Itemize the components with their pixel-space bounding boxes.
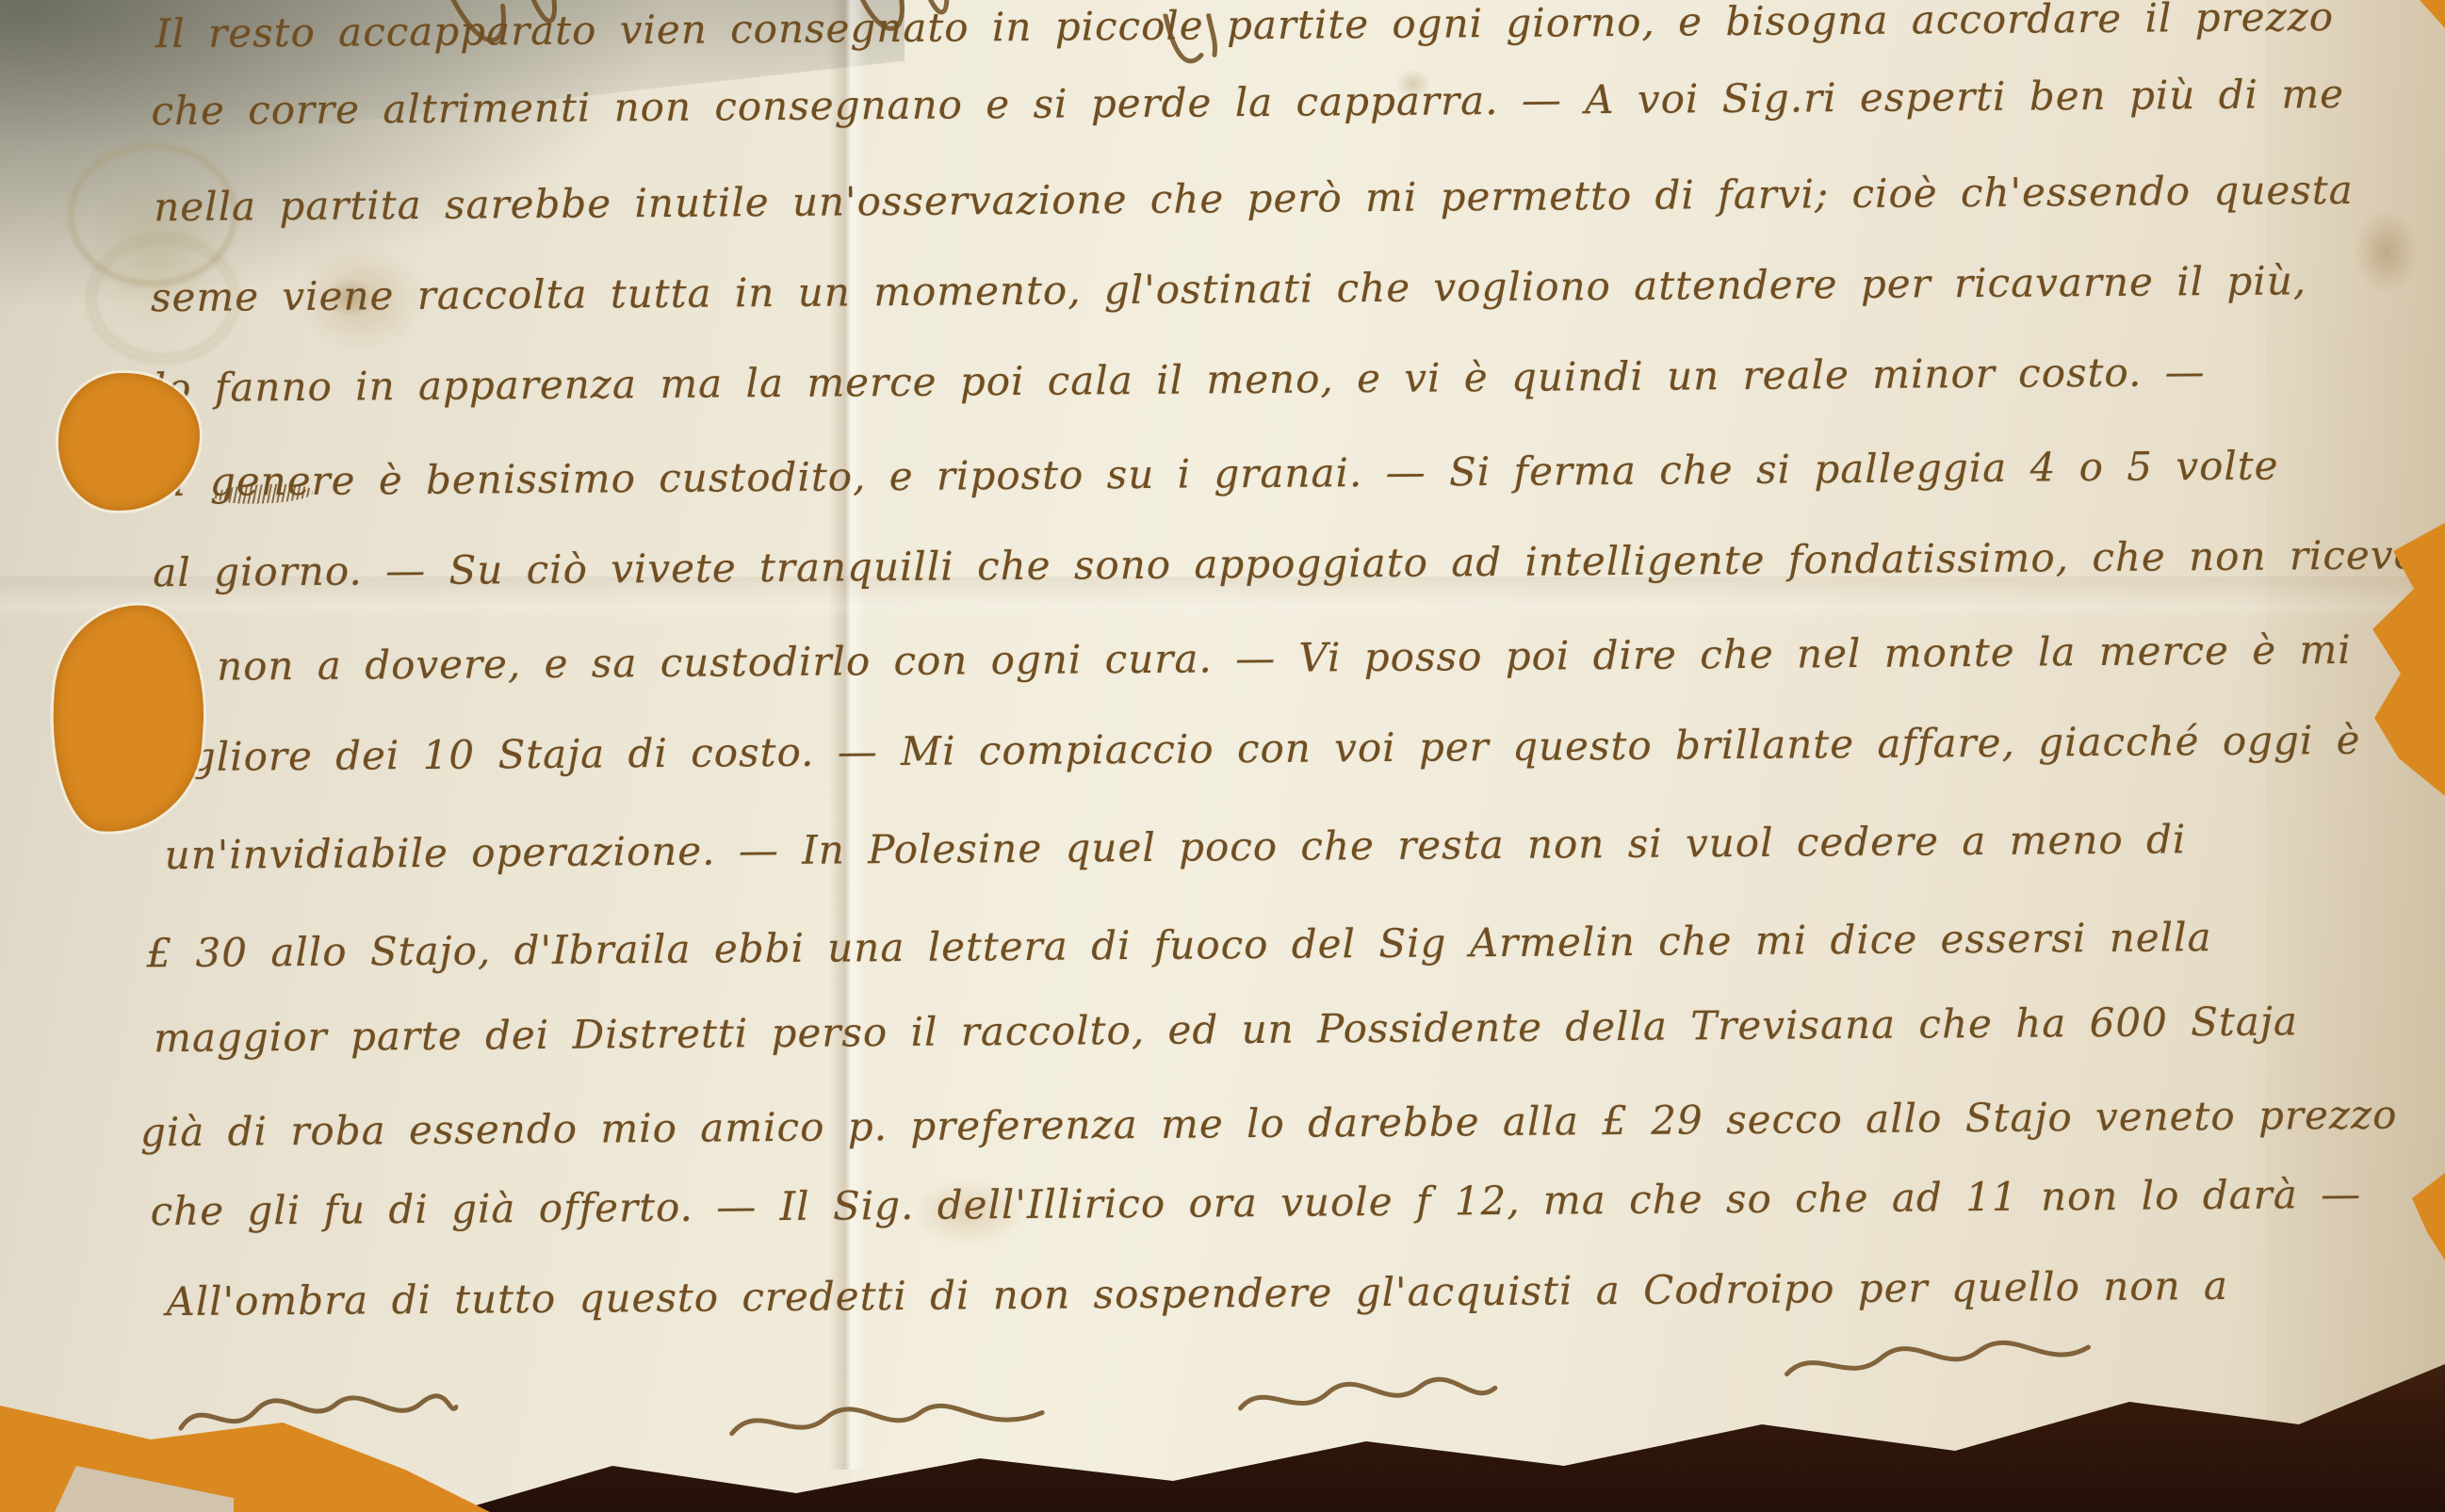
letter-line: Il genere è benissimo custodito, e ripos…	[156, 442, 2278, 505]
letter-line: All'ombra di tutto questo credetti di no…	[166, 1262, 2228, 1325]
letter-line: che corre altrimenti non consegnano e si…	[151, 71, 2344, 134]
letter-line: lo fanno in apparenza ma la merce poi ca…	[154, 349, 2206, 411]
truncated-line-fragment	[443, 0, 566, 63]
letter-line: già di roba essendo mio amico p. prefere…	[140, 1092, 2398, 1156]
letter-line: un'invidiabile operazione. — In Polesine…	[164, 816, 2186, 878]
truncated-line-fragment	[1154, 13, 1221, 80]
truncated-line-fragment	[1781, 1326, 2094, 1394]
letter-line: maggior parte dei Distretti perso il rac…	[154, 998, 2298, 1061]
letter-line: che gli fu di già offerto. — Il Sig. del…	[150, 1171, 2361, 1234]
letter-photo: Il resto accapparato vien consegnato in …	[0, 0, 2445, 1512]
truncated-line-fragment	[853, 0, 956, 45]
paper-sheet: Il resto accapparato vien consegnato in …	[0, 0, 2445, 1512]
letter-line: gliore dei 10 Staja di costo. — Mi compi…	[190, 717, 2361, 780]
letter-line: seme viene raccolta tutta in un momento,…	[151, 257, 2307, 320]
handwritten-text: Il resto accapparato vien consegnato in …	[0, 0, 2445, 1512]
truncated-line-fragment	[1234, 1367, 1500, 1430]
truncated-line-fragment	[726, 1390, 1049, 1453]
letter-line: £ 30 allo Stajo, d'Ibraila ebbi una lett…	[146, 914, 2211, 976]
letter-line: nella partita sarebbe inutile un'osserva…	[154, 167, 2354, 230]
letter-line: non a dovere, e sa custodirlo con ogni c…	[217, 626, 2352, 690]
letter-line: al giorno. — Su ciò vivete tranquilli ch…	[153, 531, 2418, 595]
